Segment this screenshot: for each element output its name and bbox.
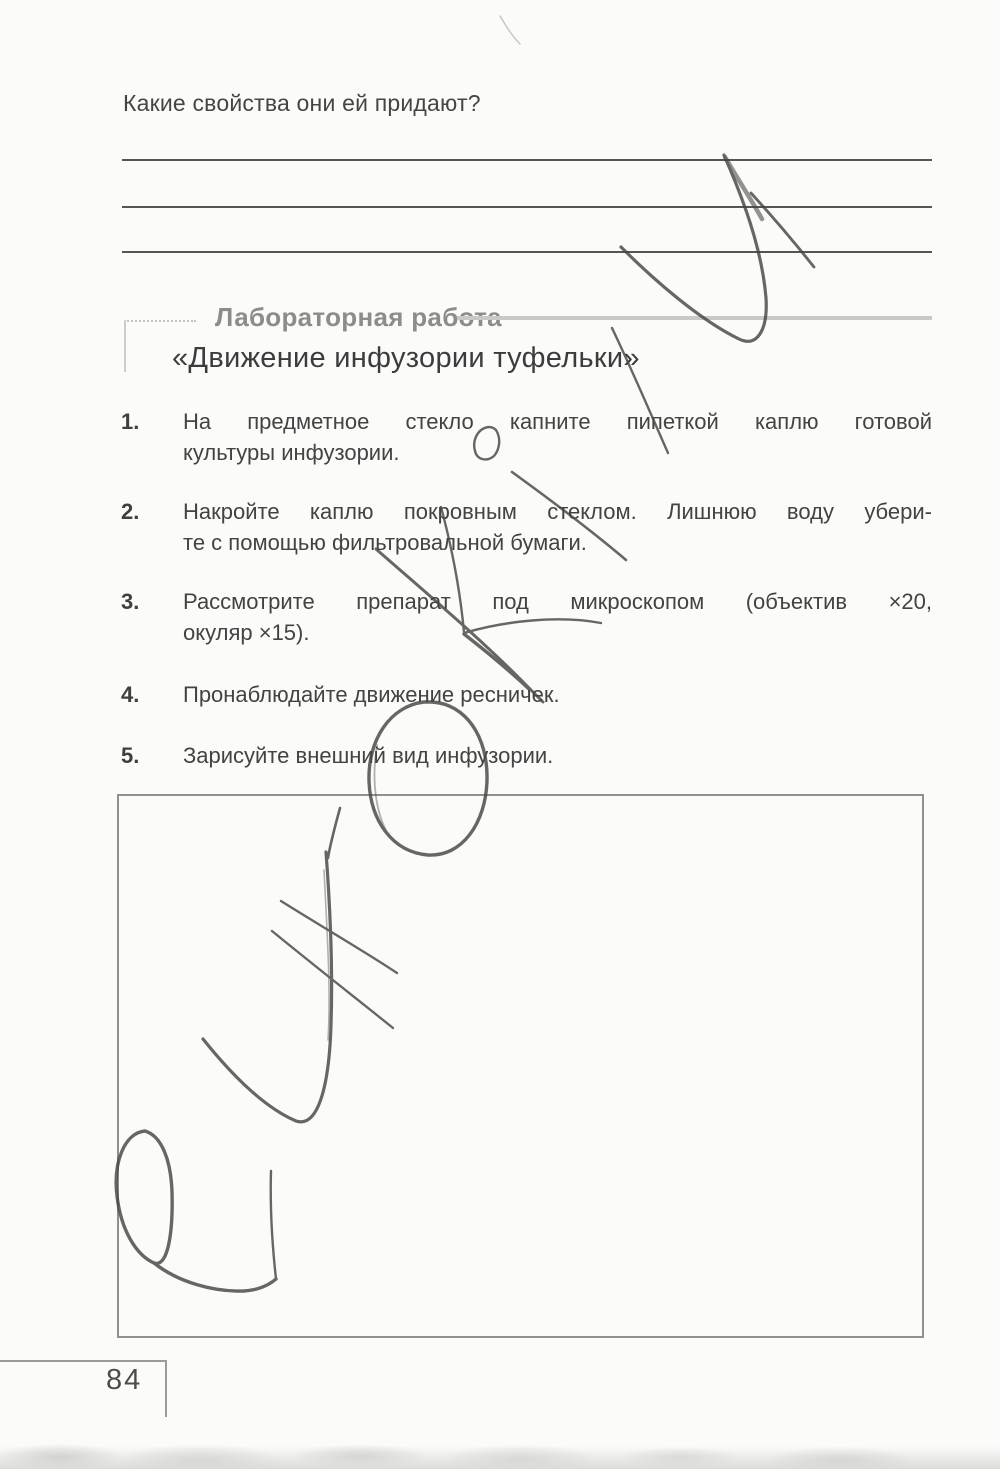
scan-noise-band — [0, 1427, 1000, 1469]
lab-header-divider-line — [457, 316, 932, 320]
step-number: 2. — [121, 496, 139, 527]
page-number-bracket-horizontal — [0, 1360, 167, 1362]
drawing-box — [117, 794, 924, 1338]
workbook-page: Какие свойства они ей придают? Лаборатор… — [0, 0, 1000, 1469]
page-number: 84 — [106, 1364, 142, 1397]
step-line: окуляр ×15). — [183, 617, 932, 648]
step-number: 3. — [121, 586, 139, 617]
step-line: культуры инфузории. — [183, 437, 932, 468]
lab-frame-corner-vertical — [124, 320, 126, 372]
page-number-bracket-vertical — [165, 1360, 167, 1417]
step-line: Рассмотрите препарат под микроскопом (об… — [183, 586, 932, 617]
step-line: Зарисуйте внешний вид инфузории. — [183, 740, 932, 771]
question-text: Какие свойства они ей придают? — [123, 90, 481, 117]
lab-frame-corner-horizontal — [124, 320, 196, 322]
step-number: 4. — [121, 679, 139, 710]
pencil-stroke — [500, 16, 520, 44]
step-text: Рассмотрите препарат под микроскопом (об… — [183, 586, 932, 648]
step-line: На предметное стекло капните пипеткой ка… — [183, 406, 932, 437]
step-text: Зарисуйте внешний вид инфузории. — [183, 740, 932, 771]
answer-line — [122, 206, 932, 208]
step-number: 5. — [121, 740, 139, 771]
pencil-stroke — [751, 193, 814, 267]
step-line: Пронаблюдайте движение ресничек. — [183, 679, 932, 710]
step-text: На предметное стекло капните пипеткой ка… — [183, 406, 932, 468]
step-number: 1. — [121, 406, 139, 437]
step-text: Пронаблюдайте движение ресничек. — [183, 679, 932, 710]
step-line: Накройте каплю покровным стеклом. Лишнюю… — [183, 496, 932, 527]
answer-line — [122, 251, 932, 253]
lab-work-title: «Движение инфузории туфельки» — [172, 342, 640, 375]
step-text: Накройте каплю покровным стеклом. Лишнюю… — [183, 496, 932, 558]
pencil-stroke — [725, 157, 762, 219]
step-line: те с помощью фильтровальной бумаги. — [183, 527, 932, 558]
answer-line — [122, 159, 932, 161]
pencil-stroke — [621, 155, 766, 341]
